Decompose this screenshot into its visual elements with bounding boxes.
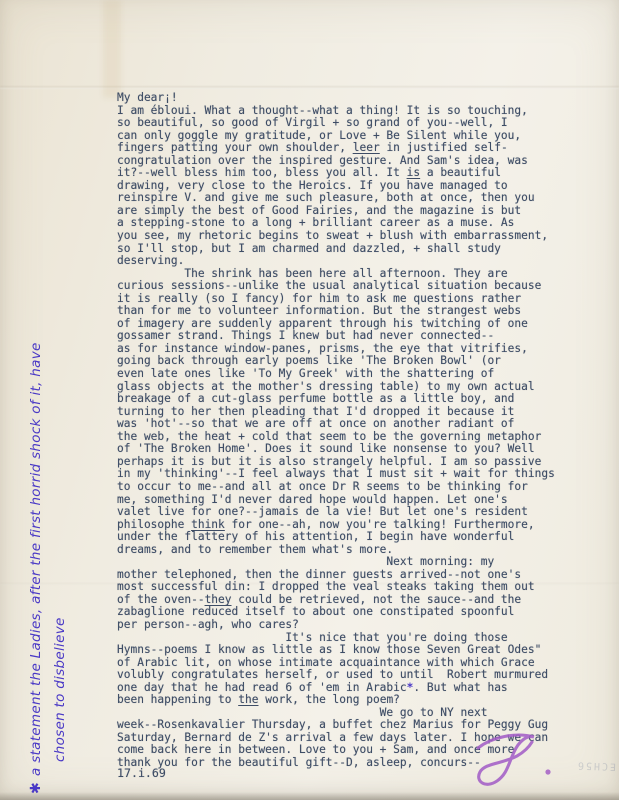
letter-line: fingers patting your own shoulder, leer … bbox=[117, 142, 587, 155]
edge-stamp: ECH56 bbox=[576, 759, 616, 771]
margin-annotation-text-1: a statement the Ladies, after the first … bbox=[28, 342, 44, 776]
letter-line: to occur to me--and all at once Dr R see… bbox=[117, 481, 587, 494]
letter-line: under the flattery of his attention, I b… bbox=[117, 531, 587, 544]
letter-line: you see, my rhetoric begins to sweat + b… bbox=[117, 230, 587, 243]
letter-line: valet live for one?--jamais de la vie! B… bbox=[117, 506, 587, 519]
letter-line: even late ones like 'To My Greek' with t… bbox=[117, 368, 587, 381]
letter-body: My dear¡!I am ébloui. What a thought--wh… bbox=[117, 92, 587, 770]
letter-line: so beautiful, so good of Virgil + so gra… bbox=[117, 117, 587, 130]
signature bbox=[472, 728, 558, 790]
letter-line: breakage of a cut-glass perfume bottle a… bbox=[117, 393, 587, 406]
margin-annotation-line-2: chosen to disbelieve bbox=[48, 324, 72, 762]
scan-bottom-edge bbox=[0, 792, 619, 800]
asterisk-marker: ✱ bbox=[28, 782, 44, 794]
letter-line: Hymns--poems I know as little as I know … bbox=[117, 644, 587, 657]
signature-initial-glyph bbox=[472, 728, 558, 790]
margin-annotation-line-1: ✱a statement the Ladies, after the first… bbox=[24, 324, 48, 794]
letter-line: curious sessions--unlike the usual analy… bbox=[117, 280, 587, 293]
date-line: 17.i.69 bbox=[117, 766, 166, 780]
letter-line: of 'The Broken Home'. Does it sound like… bbox=[117, 443, 587, 456]
fold-crease-top bbox=[0, 86, 619, 89]
letter-line: per person--agh, who cares? bbox=[117, 619, 587, 632]
margin-annotation: ✱a statement the Ladies, after the first… bbox=[24, 324, 72, 794]
letter-scan-page: ✱a statement the Ladies, after the first… bbox=[0, 0, 619, 800]
paper-stain-streak bbox=[103, 0, 121, 98]
letter-line: Next morning: my bbox=[117, 556, 587, 569]
letter-line: volubly congratulates herself, or used t… bbox=[117, 669, 587, 682]
letter-line: most successful din: I dropped the veal … bbox=[117, 581, 587, 594]
letter-line: was 'hot'--so that we are off at once on… bbox=[117, 418, 587, 431]
letter-line: so I'll stop, but I am charmed and dazzl… bbox=[117, 243, 587, 256]
letter-line: My dear¡! bbox=[117, 92, 587, 105]
letter-line: than for me to volunteer information. Bu… bbox=[117, 305, 587, 318]
letter-line: been happening to the work, the long poe… bbox=[117, 694, 587, 707]
letter-line: deserving. bbox=[117, 255, 587, 268]
letter-line: it?--well bless him too, bless you all. … bbox=[117, 167, 587, 180]
